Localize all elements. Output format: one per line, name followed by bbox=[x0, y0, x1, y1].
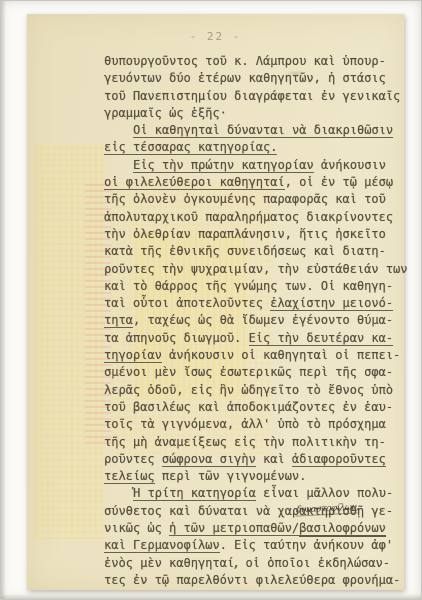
text-segment: ταὶ οὗτοι ἀποτελοῦντες bbox=[104, 296, 270, 310]
body-text-column: θυπουργοῦντος τοῦ κ. Λάμπρου καὶ ὑπουρ- … bbox=[104, 53, 409, 589]
text-line: ταὶ οὗτοι ἀποτελοῦντες ἐλαχίστην μειονό- bbox=[104, 295, 409, 312]
text-segment: . Εἰς ταύτην ἀνήκουν ἀφ' bbox=[220, 538, 393, 552]
text-line: Εἰς τὴν πρώτην κατηγορίαν ἀνήκουσιν bbox=[104, 157, 409, 174]
text-line: τῆς ὁλονὲν ὀγκουμένης παραφορᾶς καὶ τοῦ bbox=[104, 191, 409, 208]
underlined-text: Οἱ καθηγηταὶ δύνανται νὰ διακριθῶσιν bbox=[133, 123, 393, 138]
underlined-text: τηγορίαν bbox=[104, 348, 162, 363]
text-segment: ἀνήκουσιν οἱ καθηγηταὶ οἱ πεπει- bbox=[162, 348, 400, 362]
text-segment: ἑνὸς μὲν καθηγηταί bbox=[104, 556, 234, 570]
text-line: εἰς τέσσαρας κατηγορίας. bbox=[104, 139, 409, 156]
text-line: θυπουργοῦντος τοῦ κ. Λάμπρου καὶ ὑπουρ- bbox=[104, 53, 409, 70]
underlined-text: τελείως bbox=[104, 469, 155, 484]
text-segment: τὴν ὀλεθρίαν παραπλάνησιν, ἥτις ἠσκεῖτο bbox=[104, 227, 386, 241]
text-line: τοῦ Πανεπιστημίου διαγράφεται ἐν γενικαῖ… bbox=[104, 88, 409, 105]
text-line: σύνθετος καὶ δύναται νὰ χαρακτηρισθῇ γε- bbox=[104, 503, 409, 520]
text-line: τητα, ταχέως ὡς θὰ ἴδωμεν ἐγένοντο θύμα- bbox=[104, 312, 409, 329]
text-line: καὶ Γερμανοφίλων. Εἰς ταύτην ἀνήκουν ἀφ' bbox=[104, 537, 409, 554]
text-segment: τοῖς τὰ γιγνόμενα, ἀλλ' ὑπὸ τὸ πρόσχημα bbox=[104, 417, 386, 431]
text-line: τελείως περὶ τῶν γιγνομένων. bbox=[104, 468, 409, 485]
text-line: κατὰ τῆς ἐθνικῆς συνειδήσεως καὶ διατη- bbox=[104, 243, 409, 260]
text-segment: ἀνήκουσιν bbox=[314, 158, 386, 172]
text-line: τες ἐν τῷ παρελθόντι φιλελεύθερα φρονήμα… bbox=[104, 572, 409, 589]
text-segment: τοῦ Πανεπιστημίου διαγράφεται ἐν γενικαῖ… bbox=[104, 89, 400, 103]
underlined-text: ἐλαχίστην μειονό- bbox=[270, 296, 393, 311]
text-line: λερᾶς ὁδοῦ, εἰς ἣν ὡδηγεῖτο τὸ ἔθνος ὑπὸ bbox=[104, 382, 409, 399]
text-segment: σμένοι μὲν ἴσως ἐσωτερικῶς περὶ τῆς σφα- bbox=[104, 365, 393, 379]
text-line: καὶ τὸ θάρρος τῆς γνώμης των. Οἱ καθηγη- bbox=[104, 278, 409, 295]
text-line: ἑνὸς μὲν καθηγηταί, οἱ ὁποῖοι ἐκδηλώσαν- bbox=[104, 555, 409, 572]
text-line: τα ἀπηνοῦς διωγμοῦ. Εἰς τὴν δευτέραν κα- bbox=[104, 330, 409, 347]
text-line: τῆς μὴ ἀναμείξεως εἰς τὴν πολιτικὴν τη- bbox=[104, 434, 409, 451]
underlined-text: Εἰς τὴν πρώτην κατηγορίαν bbox=[133, 158, 314, 173]
text-segment: ροῦντες bbox=[104, 452, 162, 466]
text-line: τοῦ βασιλέως καὶ ἀποδοκιμάζοντες ἐν ἑαυ- bbox=[104, 399, 409, 416]
underlined-text: Ἡ τρίτη κατηγορία bbox=[133, 486, 256, 501]
underlined-text: εἰς τέσσαρας κατηγορίας. bbox=[104, 140, 277, 155]
underlined-text: τητα bbox=[104, 313, 133, 328]
underlined-text: ἀδιαφοροῦντες bbox=[292, 452, 386, 467]
text-segment: καὶ τὸ θάρρος τῆς γνώμης των. Οἱ καθηγη- bbox=[104, 279, 393, 293]
text-segment: γραμμαῖς ὡς ἑξῆς· bbox=[104, 106, 227, 120]
text-segment: ροῦντες τὴν ψυχραιμίαν, τὴν εὐστάθειάν τ… bbox=[104, 262, 407, 276]
text-line: γραμμαῖς ὡς ἑξῆς· bbox=[104, 105, 409, 122]
text-segment: καὶ bbox=[256, 452, 292, 466]
underlined-text: Εἰς τὴν δευτέραν κα- bbox=[249, 331, 394, 346]
underlined-text: βασιλοφρόνων bbox=[299, 521, 386, 537]
text-segment: τῆς ὁλονὲν ὀγκουμένης παραφορᾶς καὶ τοῦ bbox=[104, 192, 386, 206]
text-segment: τες ἐν τῷ παρελθόντι φιλελεύθερα φρονήμα… bbox=[104, 573, 400, 587]
text-segment: , οἱ ἐν τῷ μέσῳ bbox=[285, 175, 393, 189]
underlined-text: οἱ φιλελεύθεροι καθηγηταί bbox=[104, 175, 285, 190]
page-number: - 22 - bbox=[27, 30, 404, 43]
photo-edge-shadow-left bbox=[1, 1, 6, 600]
text-line: Ἡ τρίτη κατηγορία εἶναι μᾶλλον πολυ- bbox=[104, 485, 409, 502]
text-line: γευόντων δύο ἑτέρων καθηγητῶν, ἡ στάσις bbox=[104, 70, 409, 87]
text-line: ροῦντες τὴν ψυχραιμίαν, τὴν εὐστάθειάν τ… bbox=[104, 261, 409, 278]
text-line: ἀπολυταρχικοῦ παραληρήματος διακρίνοντες bbox=[104, 209, 409, 226]
text-segment: τῆς μὴ ἀναμείξεως εἰς τὴν πολιτικὴν τη- bbox=[104, 435, 386, 449]
document-paper: - 22 - θυπουργοῦντος τοῦ κ. Λάμπρου καὶ … bbox=[27, 14, 404, 590]
scan-artifact-checker-left bbox=[35, 144, 105, 539]
text-segment: περὶ τῶν γιγνομένων. bbox=[155, 469, 307, 483]
text-segment: τα ἀπηνοῦς διωγμοῦ. bbox=[104, 331, 249, 345]
text-segment: εἶναι μᾶλλον πολυ- bbox=[256, 486, 393, 500]
scanned-page-photo: - 22 - θυπουργοῦντος τοῦ κ. Λάμπρου καὶ … bbox=[0, 0, 422, 600]
text-segment: οἱ ὁποῖοι ἐκδηλώσαν- bbox=[238, 556, 390, 570]
text-line: σμένοι μὲν ἴσως ἐσωτερικῶς περὶ τῆς σφα- bbox=[104, 364, 409, 381]
text-segment: ἀπολυταρχικοῦ παραληρήματος διακρίνοντες bbox=[104, 210, 393, 224]
underlined-text: καὶ Γερμανοφίλων bbox=[104, 538, 220, 553]
text-line: τὴν ὀλεθρίαν παραπλάνησιν, ἥτις ἠσκεῖτο bbox=[104, 226, 409, 243]
text-segment: θυπουργοῦντος τοῦ κ. Λάμπρου καὶ ὑπουρ- bbox=[104, 54, 386, 68]
text-line: Οἱ καθηγηταὶ δύνανται νὰ διακριθῶσιν bbox=[104, 122, 409, 139]
text-line: ροῦντες σώφρονα σιγὴν καὶ ἀδιαφοροῦντες bbox=[104, 451, 409, 468]
text-line: τηγορίαν ἀνήκουσιν οἱ καθηγηταὶ οἱ πεπει… bbox=[104, 347, 409, 364]
text-line: τοῖς τὰ γιγνόμενα, ἀλλ' ὑπὸ τὸ πρόσχημα bbox=[104, 416, 409, 433]
text-segment: νικῶς ὡς bbox=[104, 521, 169, 535]
text-segment: γευόντων δύο ἑτέρων καθηγητῶν, ἡ στάσις bbox=[104, 71, 386, 85]
underlined-text: ἡ τῶν μετριοπαθῶν/ bbox=[169, 521, 299, 536]
text-line: νικῶς ὡς ἡ τῶν μετριοπαθῶν/βασιλοφρόνων bbox=[104, 520, 409, 537]
text-segment: τοῦ βασιλέως καὶ ἀποδοκιμάζοντες ἐν ἑαυ- bbox=[104, 400, 393, 414]
text-segment: λερᾶς ὁδοῦ, εἰς ἣν ὡδηγεῖτο τὸ ἔθνος ὑπὸ bbox=[104, 383, 393, 397]
photo-edge-shadow-bottom bbox=[1, 594, 422, 599]
text-segment: κατὰ τῆς ἐθνικῆς συνειδήσεως καὶ διατη- bbox=[104, 244, 386, 258]
underlined-text: σώφρονα σιγὴν bbox=[162, 452, 256, 467]
text-line: οἱ φιλελεύθεροι καθηγηταί, οἱ ἐν τῷ μέσῳ bbox=[104, 174, 409, 191]
text-segment: , ταχέως ὡς θὰ ἴδωμεν ἐγένοντο θύμα- bbox=[133, 313, 393, 327]
